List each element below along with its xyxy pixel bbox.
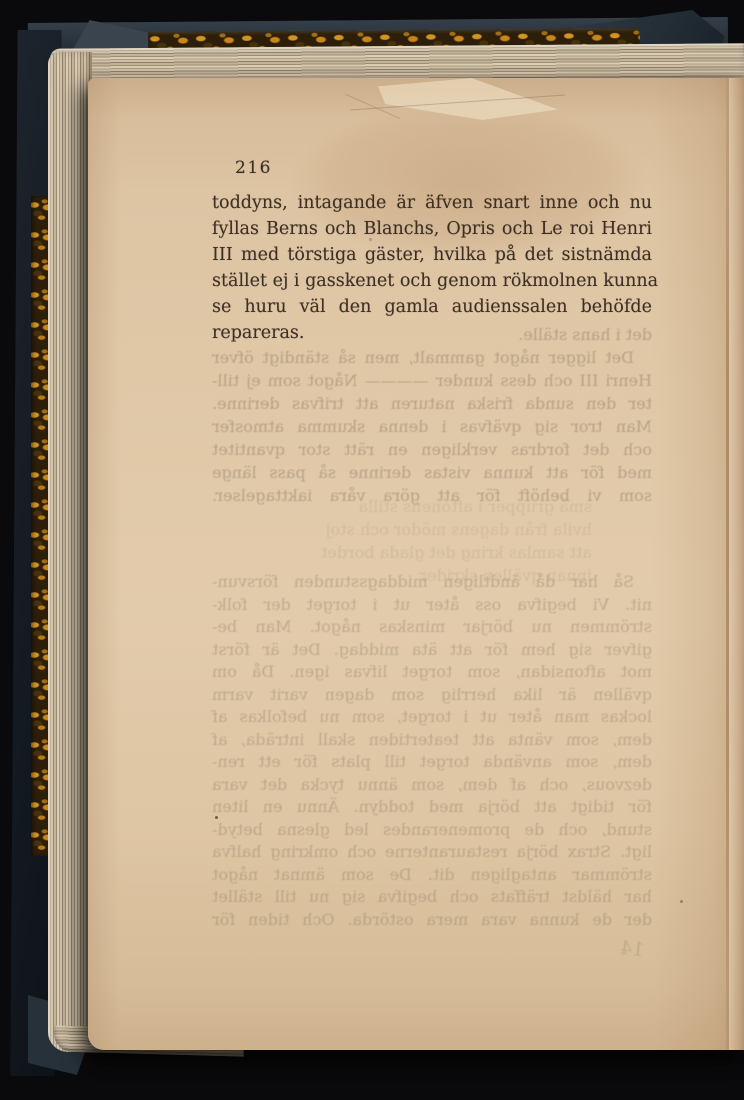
text-line: der de kunna vara mera ostörda. Och tide… — [212, 909, 652, 932]
text-line: Så har då ändtligen middagsstunden försv… — [212, 571, 652, 594]
text-line: Man tror sig qväfvas i denna skumma atmo… — [212, 415, 652, 438]
scanned-book-photo: { "page": { "number": "216", "lines": [ … — [0, 0, 744, 1100]
text-line: strömmen nu börjar minskas något. Man be… — [212, 616, 652, 639]
text-line: Henri III och dess kunder ———— Något som… — [212, 369, 652, 392]
text-line: och det fordras verkligen en rätt stor q… — [212, 438, 652, 461]
text-line: små grupper i aftonens stilla — [212, 495, 652, 518]
page-edges-left — [48, 52, 92, 1052]
paper-speck — [680, 900, 683, 903]
book-page: 216 toddyns, intagande är äfven snart in… — [88, 78, 744, 1050]
text-line: hvila från dagens mödor och stoj — [212, 518, 652, 541]
text-line: lockas man åter ut i torget, som nu befo… — [212, 706, 652, 729]
text-line: dezvous, och af dem, som ännu tycka det … — [212, 774, 652, 797]
text-line: dem, som använda torget till plats för e… — [212, 751, 652, 774]
text-line: ligt. Strax börja restauranterne och omk… — [212, 841, 652, 864]
text-line: stund, och de promenerandes led glesna b… — [212, 819, 652, 842]
text-line: gifver sig hem för att äta middag. Det ä… — [212, 639, 652, 662]
bleedthrough-text-lower: Så har då ändtligen middagsstunden försv… — [212, 571, 652, 931]
text-line: dem, som vänta att teatertiden skall int… — [212, 729, 652, 752]
text-line: för tidigt att börja med toddyn. Ännu en… — [212, 796, 652, 819]
text-line: Det ligger något gammalt, men så ständig… — [212, 346, 652, 369]
text-line: toddyns, intagande är äfven snart inne o… — [212, 190, 652, 216]
page-fold-crease — [726, 78, 729, 1050]
text-line: III med törstiga gäster, hvilka på det s… — [212, 242, 652, 268]
text-line: med för att kunna vistas derinne så pass… — [212, 461, 652, 484]
text-line: nit. Vi begifva oss åter ut i torget der… — [212, 594, 652, 617]
page-number: 216 — [235, 158, 272, 178]
text-line: qvällen är lika herrlig som dagen varit … — [212, 684, 652, 707]
text-line: strömmar antagligen dit. De som ämnat nå… — [212, 864, 652, 887]
bleedthrough-text-upper: det i hans ställe.Det ligger något gamma… — [212, 323, 652, 507]
text-line: mot aftonsidan, som torget lifvas igen. … — [212, 661, 652, 684]
text-line: se huru väl den gamla audienssalen behöf… — [212, 294, 652, 320]
text-line: har häldst träffats och begifva sig nu t… — [212, 886, 652, 909]
page-fold-strip — [729, 78, 744, 1050]
text-line: stället ej i gasskenet och genom rökmoln… — [212, 268, 652, 294]
text-line: det i hans ställe. — [212, 323, 652, 346]
text-line: att samlas kring det glada bordet — [212, 541, 652, 564]
text-line: ter den sunda friska naturen att trifvas… — [212, 392, 652, 415]
text-line: fyllas Berns och Blanchs, Opris och Le r… — [212, 216, 652, 242]
signature-mark: 14 — [619, 937, 645, 961]
